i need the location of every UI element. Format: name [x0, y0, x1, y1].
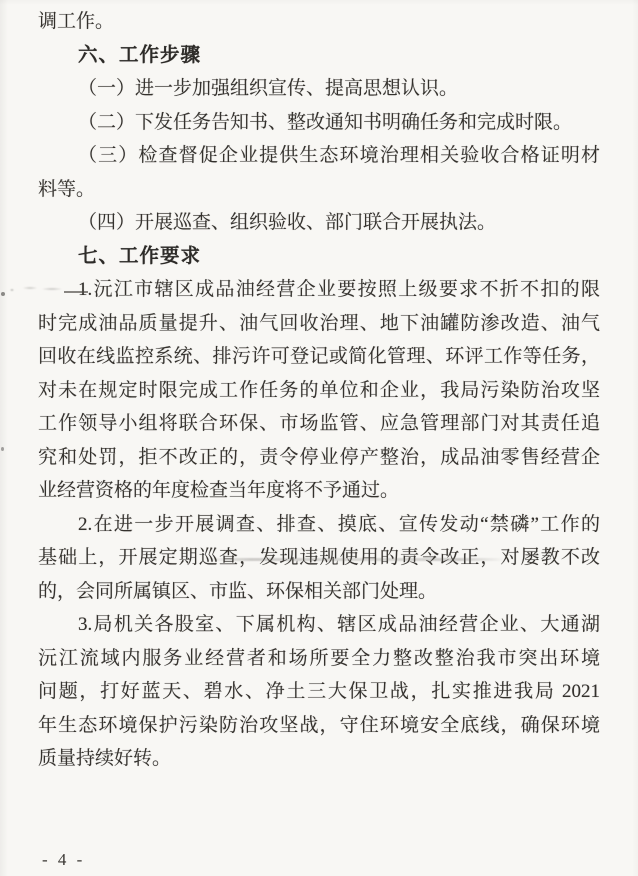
scan-smudge-dash [64, 291, 88, 293]
requirement-3-line-2: 沅江流域内服务业经营者和场所要全力整改整治我市突出环境 [38, 642, 600, 676]
page-number: - 4 - [42, 850, 85, 870]
requirement-3-line-4: 年生态环境保护污染防治攻坚战，守住环境安全底线，确保环境 [38, 709, 600, 743]
step-item-two: （二）下发任务告知书、整改通知书明确任务和完成时限。 [38, 106, 600, 140]
scan-speck [1, 292, 5, 296]
step-item-three-line-2: 料等。 [38, 173, 600, 207]
scan-smudge [6, 284, 66, 294]
scan-streak [205, 558, 505, 561]
paragraph-continuation: 调工作。 [38, 5, 600, 39]
requirement-1-line-1: 1.沅江市辖区成品油经营企业要按照上级要求不折不扣的限 [38, 273, 600, 307]
scan-speck [1, 447, 4, 451]
requirement-2-line-1: 2.在进一步开展调查、排查、摸底、宣传发动“禁磷”工作的 [38, 508, 600, 542]
step-item-three-line-1: （三）检查督促企业提供生态环境治理相关验收合格证明材 [38, 139, 600, 173]
requirement-3-line-3: 问题，打好蓝天、碧水、净土三大保卫战，扎实推进我局 2021 [38, 675, 600, 709]
requirement-1-line-4: 对未在规定时限完成工作任务的单位和企业，我局污染防治攻坚 [38, 374, 600, 408]
requirement-1-line-5: 工作领导小组将联合环保、市场监管、应急管理部门对其责任追 [38, 407, 600, 441]
heading-section-seven: 七、工作要求 [38, 240, 600, 274]
document-body: 调工作。 六、工作步骤 （一）进一步加强组织宣传、提高思想认识。 （二）下发任务… [38, 5, 600, 776]
requirement-1-line-6: 究和处罚，拒不改正的，责令停业停产整治，成品油零售经营企 [38, 441, 600, 475]
step-item-four: （四）开展巡查、组织验收、部门联合开展执法。 [38, 206, 600, 240]
document-page: 调工作。 六、工作步骤 （一）进一步加强组织宣传、提高思想认识。 （二）下发任务… [0, 0, 638, 876]
requirement-3-line-5: 质量持续好转。 [38, 742, 600, 776]
requirement-3-line-1: 3.局机关各股室、下属机构、辖区成品油经营企业、大通湖 [38, 608, 600, 642]
requirement-1-line-3: 回收在线监控系统、排污许可登记或简化管理、环评工作等任务， [38, 340, 600, 374]
step-item-one: （一）进一步加强组织宣传、提高思想认识。 [38, 72, 600, 106]
requirement-1-line-2: 时完成油品质量提升、油气回收治理、地下油罐防渗改造、油气 [38, 307, 600, 341]
requirement-2-line-3: 的，会同所属镇区、市监、环保相关部门处理。 [38, 575, 600, 609]
heading-section-six: 六、工作步骤 [38, 39, 600, 73]
requirement-1-line-7: 业经营资格的年度检查当年度将不予通过。 [38, 474, 600, 508]
